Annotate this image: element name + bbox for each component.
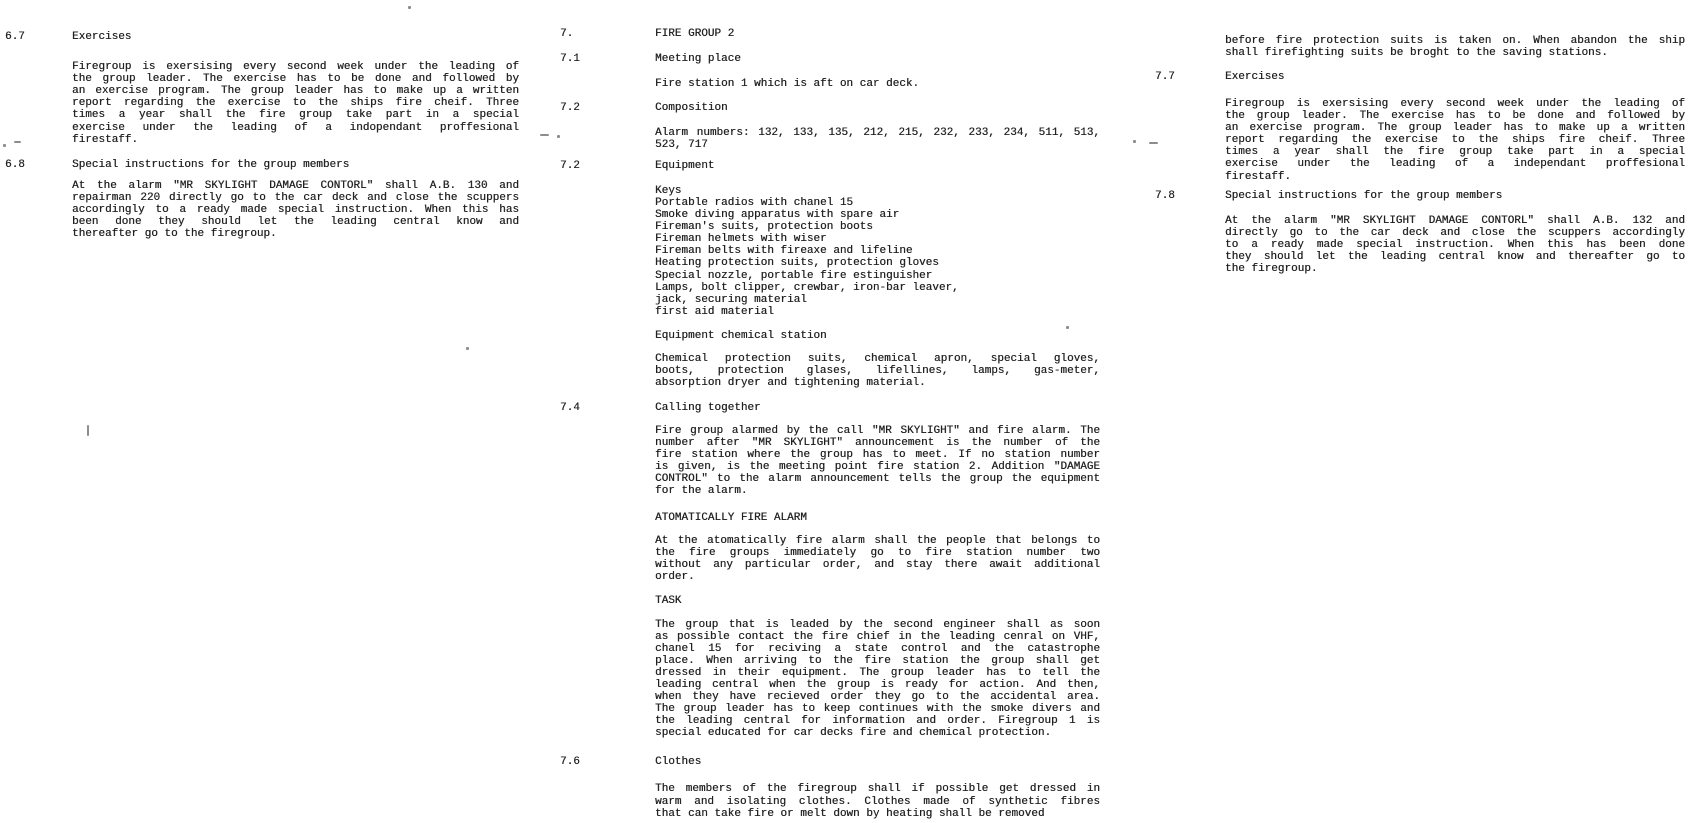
section-heading: 7.1Meeting place: [560, 53, 1100, 65]
paragraph: The members of the firegroup shall if po…: [655, 783, 1100, 819]
text-line: chanel 15 for reciving a state control a…: [655, 643, 1100, 655]
text-line: report regarding the exercise to the shi…: [1225, 134, 1685, 146]
text-line: Portable radios with chanel 15: [655, 197, 1100, 209]
text-line: boots, protection glases, lifellines, la…: [655, 365, 1100, 377]
paragraph: Alarm numbers: 132, 133, 135, 212, 215, …: [655, 127, 1100, 151]
text-line: that can take fire or melt down by heati…: [655, 808, 1100, 820]
text-line: the group leader. The exercise has to be…: [72, 73, 519, 85]
text-line: At the atomatically fire alarm shall the…: [655, 535, 1100, 547]
text-line: At the alarm "MR SKYLIGHT DAMAGE CONTORL…: [72, 180, 519, 192]
text-line: exercise under the leading of a indopend…: [72, 122, 519, 134]
scan-artifact: [3, 144, 6, 147]
equipment-list: KeysPortable radios with chanel 15Smoke …: [655, 185, 1100, 318]
text-line: ATOMATICALLY FIRE ALARM: [655, 512, 1100, 524]
text-line: Equipment chemical station: [655, 330, 1100, 342]
text-line: Special nozzle, portable fire estinguish…: [655, 270, 1100, 282]
text-line: absorption dryer and tightening material…: [655, 377, 1100, 389]
text-line: times a year shall the fire group take p…: [1225, 146, 1685, 158]
text-line: report regarding the exercise to the shi…: [72, 97, 519, 109]
text-line: times a year shall the fire group take p…: [72, 109, 519, 121]
text-line: TASK: [655, 595, 1100, 607]
text-line: Alarm numbers: 132, 133, 135, 212, 215, …: [655, 127, 1100, 139]
section-title: Clothes: [655, 756, 1100, 768]
subheading: Equipment chemical station: [655, 330, 1100, 342]
text-line: been done they should let the leading ce…: [72, 216, 519, 228]
text-line: 523, 717: [655, 139, 1100, 151]
text-line: the group leader. The exercise has to be…: [1225, 110, 1685, 122]
section-heading: 7.8Special instructions for the group me…: [1155, 190, 1685, 202]
scan-artifact: [1149, 142, 1158, 144]
column-left: 6.7ExercisesFiregroup is exersising ever…: [5, 31, 519, 240]
text-line: At the alarm "MR SKYLIGHT DAMAGE CONTORL…: [1225, 215, 1685, 227]
section-heading: 7.4Calling together: [560, 402, 1100, 414]
text-line: jack, securing material: [655, 294, 1100, 306]
text-line: Heating protection suits, protection glo…: [655, 257, 1100, 269]
paragraph: before fire protection suits is taken on…: [1225, 35, 1685, 59]
scan-artifact: [14, 141, 21, 143]
text-line: the fire groups immediately go to fire s…: [655, 547, 1100, 559]
scan-artifact: [408, 6, 411, 9]
text-line: as possible contact the fire chief in th…: [655, 631, 1100, 643]
section-title: Exercises: [1225, 71, 1685, 83]
scan-artifact: [1066, 326, 1069, 329]
section-number: 6.7: [5, 31, 72, 43]
section-title: Special instructions for the group membe…: [1225, 190, 1685, 202]
scan-artifact: [1133, 140, 1136, 143]
paragraph: At the alarm "MR SKYLIGHT DAMAGE CONTORL…: [72, 180, 519, 240]
section-heading: 7.2Equipment: [560, 160, 1100, 172]
text-line: firestaff.: [72, 134, 519, 146]
text-line: CONTROL" to the alarm announcement tells…: [655, 473, 1100, 485]
text-line: leading central when the group is ready …: [655, 679, 1100, 691]
text-line: the firegroup.: [1225, 263, 1685, 275]
scan-artifact: [466, 347, 469, 350]
text-line: for the alarm.: [655, 485, 1100, 497]
paragraph: Chemical protection suits, chemical apro…: [655, 353, 1100, 389]
section-number: 7.6: [560, 756, 655, 768]
paragraph: Firegroup is exersising every second wee…: [72, 61, 519, 146]
text-line: shall firefighting suits be broght to th…: [1225, 47, 1685, 59]
section-title: Meeting place: [655, 53, 1100, 65]
text-line: an exercise program. The group leader ha…: [1225, 122, 1685, 134]
paragraph: Fire station 1 which is aft on car deck.: [655, 78, 1100, 90]
text-line: warm and isolating clothes. Clothes made…: [655, 796, 1100, 808]
text-line: number after "MR SKYLIGHT" announcement …: [655, 437, 1100, 449]
paragraph: At the alarm "MR SKYLIGHT DAMAGE CONTORL…: [1225, 215, 1685, 275]
text-line: place. When arriving to the fire station…: [655, 655, 1100, 667]
section-number: 7.8: [1155, 190, 1225, 202]
text-line: Keys: [655, 185, 1100, 197]
text-line: they should let the leading central know…: [1225, 251, 1685, 263]
section-heading: 7.FIRE GROUP 2: [560, 28, 1100, 40]
text-line: the leading central for information and …: [655, 715, 1100, 727]
section-number: 7.7: [1155, 71, 1225, 83]
section-title: Calling together: [655, 402, 1100, 414]
text-line: first aid material: [655, 306, 1100, 318]
paragraph: Firegroup is exersising every second wee…: [1225, 98, 1685, 183]
scanned-document-page: 6.7ExercisesFiregroup is exersising ever…: [0, 0, 1690, 823]
text-line: to a ready made special instruction. Whe…: [1225, 239, 1685, 251]
section-title: Composition: [655, 102, 1100, 114]
text-line: fire station where the group has to meet…: [655, 449, 1100, 461]
text-line: is given, is the meeting point fire stat…: [655, 461, 1100, 473]
scan-artifact: [557, 135, 560, 138]
section-title: Special instructions for the group membe…: [72, 159, 519, 171]
text-line: Firegroup is exersising every second wee…: [1225, 98, 1685, 110]
section-number: 7.: [560, 28, 655, 40]
section-heading: 6.8Special instructions for the group me…: [5, 159, 519, 171]
text-line: Lamps, bolt clipper, crewbar, iron-bar l…: [655, 282, 1100, 294]
text-line: Chemical protection suits, chemical apro…: [655, 353, 1100, 365]
text-line: Firegroup is exersising every second wee…: [72, 61, 519, 73]
section-title: FIRE GROUP 2: [655, 28, 1100, 40]
section-heading: 7.7Exercises: [1155, 71, 1685, 83]
column-middle: 7.FIRE GROUP 27.1Meeting placeFire stati…: [560, 28, 1100, 820]
section-heading: 6.7Exercises: [5, 31, 519, 43]
section-number: 6.8: [5, 159, 72, 171]
text-line: exercise under the leading of a independ…: [1225, 158, 1685, 170]
paragraph: At the atomatically fire alarm shall the…: [655, 535, 1100, 583]
section-number: 7.2: [560, 102, 655, 114]
section-title: Exercises: [72, 31, 519, 43]
text-line: without any particular order, and stay t…: [655, 559, 1100, 571]
section-heading: 7.2Composition: [560, 102, 1100, 114]
section-heading: 7.6Clothes: [560, 756, 1100, 768]
text-line: Fireman's suits, protection boots: [655, 221, 1100, 233]
text-line: Fire group alarmed by the call "MR SKYLI…: [655, 425, 1100, 437]
paragraph: The group that is leaded by the second e…: [655, 619, 1100, 740]
text-line: The group leader has to keep continues w…: [655, 703, 1100, 715]
column-right: before fire protection suits is taken on…: [1155, 35, 1685, 275]
section-number: 7.4: [560, 402, 655, 414]
text-line: repairman 220 directly go to the car dec…: [72, 192, 519, 204]
text-line: firestaff.: [1225, 171, 1685, 183]
text-line: The group that is leaded by the second e…: [655, 619, 1100, 631]
text-line: accordingly to a ready made special inst…: [72, 204, 519, 216]
paragraph: Fire group alarmed by the call "MR SKYLI…: [655, 425, 1100, 498]
text-line: an exercise program. The group leader ha…: [72, 85, 519, 97]
text-line: order.: [655, 571, 1100, 583]
text-line: special educated for car decks fire and …: [655, 727, 1100, 739]
subheading: TASK: [655, 595, 1100, 607]
section-number: 7.2: [560, 160, 655, 172]
text-line: Fireman helmets with wiser: [655, 233, 1100, 245]
text-line: thereafter go to the firegroup.: [72, 228, 519, 240]
subheading: ATOMATICALLY FIRE ALARM: [655, 512, 1100, 524]
text-line: The members of the firegroup shall if po…: [655, 783, 1100, 795]
text-line: Fire station 1 which is aft on car deck.: [655, 78, 1100, 90]
text-line: Fireman belts with fireaxe and lifeline: [655, 245, 1100, 257]
section-number: 7.1: [560, 53, 655, 65]
scan-artifact: [540, 134, 549, 136]
text-line: before fire protection suits is taken on…: [1225, 35, 1685, 47]
text-line: directly go to the car deck and close th…: [1225, 227, 1685, 239]
scan-artifact: [87, 425, 89, 436]
text-line: Smoke diving apparatus with spare air: [655, 209, 1100, 221]
text-line: when they have recieved order they go to…: [655, 691, 1100, 703]
text-line: dressed in their equipment. The group le…: [655, 667, 1100, 679]
section-title: Equipment: [655, 160, 1100, 172]
